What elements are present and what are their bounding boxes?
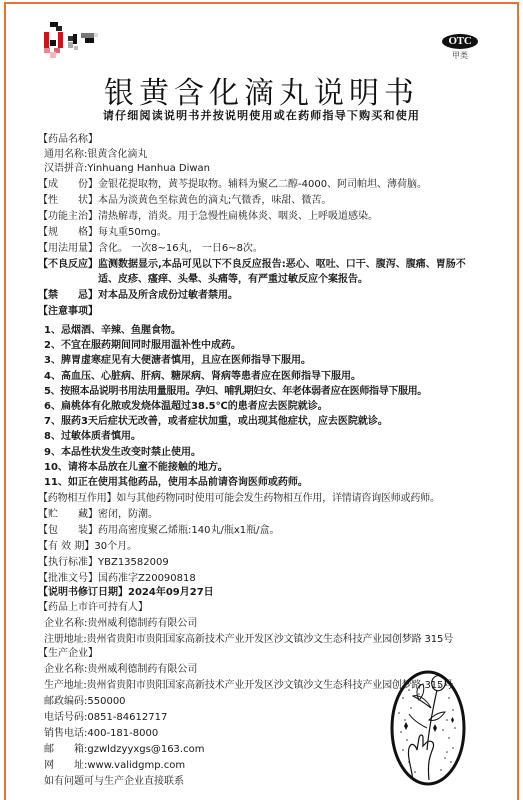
holder-company-label: 企业名称:	[44, 617, 87, 632]
manufacturer-address-label: 生产地址:	[44, 679, 87, 694]
storage-row: 【贮 藏】 密闭，防潮。	[38, 508, 508, 523]
revision-row: 【说明书修订日期】 2024年09月27日	[38, 586, 508, 601]
dosage-row: 【用法用量】 含化。 一次8~16丸， 一日6~8次。	[38, 242, 508, 257]
holder-address-value: 贵州省贵阳市贵阳国家高新技术产业开发区沙文镇沙文生态科技产业园创梦路 315号	[87, 633, 453, 648]
manufacturer-label: 【生产企业】	[38, 647, 98, 662]
standard-value: YBZ13582009	[98, 556, 169, 571]
otc-marker: OTC 甲类	[438, 29, 482, 61]
manufacturer-company-label: 企业名称:	[44, 663, 87, 678]
precaution-item: 2、不宜在服药期间同时服用温补性中成药。	[44, 338, 508, 353]
precaution-item: 1、忌烟酒、辛辣、鱼腥食物。	[44, 323, 508, 338]
interactions-value: 如与其他药物同时使用可能会发生药物相互作用，详情请咨询医师或药师。	[116, 492, 439, 507]
website-value: www.validgmp.com	[87, 759, 185, 774]
indications-row: 【功能主治】 清热解毒，消炎。用于急慢性扁桃体炎、咽炎、上呼吸道感染。	[38, 210, 508, 225]
specification-value: 每丸重50mg。	[98, 226, 167, 241]
approval-label: 【批准文号】	[38, 572, 98, 587]
approval-row: 【批准文号】 国药准字Z20090818	[38, 572, 508, 587]
pinyin-row: 汉语拼音: Yinhuang Hanhua Diwan	[38, 162, 508, 177]
contraindications-value: 对本品及所含成份过敏者禁用。	[98, 289, 238, 304]
precaution-item: 9、本品性状发生改变时禁止使用。	[44, 445, 508, 460]
company-logo	[44, 22, 124, 62]
ingredients-value: 金银花提取物，黄芩提取物。辅料为聚乙二醇-4000、阿司帕坦、薄荷脑。	[98, 178, 427, 193]
expiry-value: 30个月。	[94, 540, 137, 555]
revision-label: 【说明书修订日期】	[38, 586, 128, 601]
email-value: gzwldzyyxgs@163.com	[87, 743, 204, 758]
email-label: 邮 箱:	[44, 743, 87, 758]
document-subtitle: 请仔细阅读说明书并按说明使用或在药师指导下购买和使用	[0, 107, 523, 123]
precautions-list: 1、忌烟酒、辛辣、鱼腥食物。 2、不宜在服药期间同时服用温补性中成药。 3、脾胃…	[38, 323, 508, 490]
holder-company-row: 企业名称: 贵州威利德制药有限公司	[38, 617, 508, 632]
specification-label: 【规 格】	[38, 226, 98, 241]
ingredients-row: 【成 份】 金银花提取物，黄芩提取物。辅料为聚乙二醇-4000、阿司帕坦、薄荷脑…	[38, 178, 508, 193]
sales-phone-value: 400-181-8000	[87, 727, 158, 742]
pinyin-value: Yinhuang Hanhua Diwan	[87, 162, 210, 177]
document-title: 银黄含化滴丸说明书	[0, 68, 523, 112]
drug-name-label: 【药品名称】	[38, 133, 98, 148]
holder-company-value: 贵州威利德制药有限公司	[87, 617, 197, 632]
generic-name-value: 银黄含化滴丸	[87, 148, 147, 163]
storage-label: 【贮 藏】	[38, 508, 98, 523]
packaging-row: 【包 装】 药用高密度聚乙烯瓶:140丸/瓶x1瓶/盒。	[38, 524, 508, 539]
otc-class: 甲类	[438, 50, 482, 61]
dosage-label: 【用法用量】	[38, 242, 98, 257]
adverse-reactions-label: 【不良反应】	[38, 258, 98, 287]
storage-value: 密闭，防潮。	[98, 508, 158, 523]
precaution-item: 7、服药3天后症状无改善，或者症状加重，或出现其他症状，应去医院就诊。	[44, 414, 508, 429]
packaging-label: 【包 装】	[38, 524, 98, 539]
holder-section: 【药品上市许可持有人】	[38, 601, 508, 616]
ingredients-label: 【成 份】	[38, 178, 98, 193]
manufacturer-section: 【生产企业】	[38, 647, 508, 662]
adverse-reactions-row: 【不良反应】 监测数据显示,本品可见以下不良反应报告:恶心、呕吐、口干、腹泻、腹…	[38, 258, 508, 287]
hand-holding-flower-icon	[389, 668, 467, 788]
pinyin-label: 汉语拼音:	[44, 162, 87, 177]
holder-label: 【药品上市许可持有人】	[38, 601, 148, 616]
indications-value: 清热解毒，消炎。用于急慢性扁桃体炎、咽炎、上呼吸道感染。	[98, 210, 378, 225]
generic-name-row: 通用名称: 银黄含化滴丸	[38, 148, 508, 163]
holder-address-row: 注册地址: 贵州省贵阳市贵阳国家高新技术产业开发区沙文镇沙文生态科技产业园创梦路…	[38, 633, 508, 648]
adverse-reactions-value: 监测数据显示,本品可见以下不良反应报告:恶心、呕吐、口干、腹泻、腹痛、胃肠不适、…	[98, 258, 468, 287]
precaution-item: 5、按照本品说明书用法用量服用。孕妇、哺乳期妇女、年老体弱者应在医师指导下服用。	[44, 384, 508, 399]
appearance-label: 【性 状】	[38, 194, 98, 209]
indications-label: 【功能主治】	[38, 210, 98, 225]
standard-row: 【执行标准】 YBZ13582009	[38, 556, 508, 571]
revision-value: 2024年09月27日	[128, 586, 214, 601]
phone-label: 电话号码:	[44, 711, 87, 726]
precautions-section: 【注意事项】	[38, 305, 508, 320]
precaution-item: 8、过敏体质者慎用。	[44, 429, 508, 444]
specification-row: 【规 格】 每丸重50mg。	[38, 226, 508, 241]
contraindications-row: 【禁 忌】 对本品及所含成份过敏者禁用。	[38, 289, 508, 304]
postcode-value: 550000	[87, 695, 125, 710]
dosage-value: 含化。 一次8~16丸， 一日6~8次。	[98, 242, 263, 257]
phone-value: 0851-84612717	[87, 711, 167, 726]
drug-name-section: 【药品名称】	[38, 133, 508, 148]
appearance-value: 本品为淡黄色至棕黄色的滴丸;气微香，味甜、微苦。	[98, 194, 331, 209]
approval-value: 国药准字Z20090818	[98, 572, 196, 587]
precaution-item: 3、脾胃虚寒症见有大便溏者慎用，且应在医师指导下服用。	[44, 353, 508, 368]
interactions-label: 【药物相互作用】	[38, 492, 116, 507]
interactions-row: 【药物相互作用】 如与其他药物同时使用可能会发生药物相互作用，详情请咨询医师或药…	[38, 492, 508, 507]
standard-label: 【执行标准】	[38, 556, 98, 571]
precautions-label: 【注意事项】	[38, 305, 98, 320]
precaution-item: 10、请将本品放在儿童不能接触的地方。	[44, 460, 508, 475]
appearance-row: 【性 状】 本品为淡黄色至棕黄色的滴丸;气微香，味甜、微苦。	[38, 194, 508, 209]
contact-note: 如有问题可与生产企业直接联系	[44, 775, 184, 790]
precaution-item: 6、扁桃体有化脓或发烧体温超过38.5℃的患者应去医院就诊。	[44, 399, 508, 414]
generic-name-label: 通用名称:	[44, 148, 87, 163]
expiry-label: 【有 效 期】	[38, 540, 94, 555]
packaging-value: 药用高密度聚乙烯瓶:140丸/瓶x1瓶/盒。	[98, 524, 279, 539]
sales-phone-label: 销售电话:	[44, 727, 87, 742]
holder-address-label: 注册地址:	[44, 633, 87, 648]
precaution-item: 11、如正在使用其他药品，使用本品前请咨询医师或药师。	[44, 475, 508, 490]
website-label: 网 址:	[44, 759, 87, 774]
otc-badge: OTC	[442, 34, 478, 49]
postcode-label: 邮政编码:	[44, 695, 87, 710]
precaution-item: 4、高血压、心脏病、肝病、糖尿病、肾病等患者应在医师指导下服用。	[44, 369, 508, 384]
contraindications-label: 【禁 忌】	[38, 289, 98, 304]
expiry-row: 【有 效 期】 30个月。	[38, 540, 508, 555]
manufacturer-company-value: 贵州威利德制药有限公司	[87, 663, 197, 678]
